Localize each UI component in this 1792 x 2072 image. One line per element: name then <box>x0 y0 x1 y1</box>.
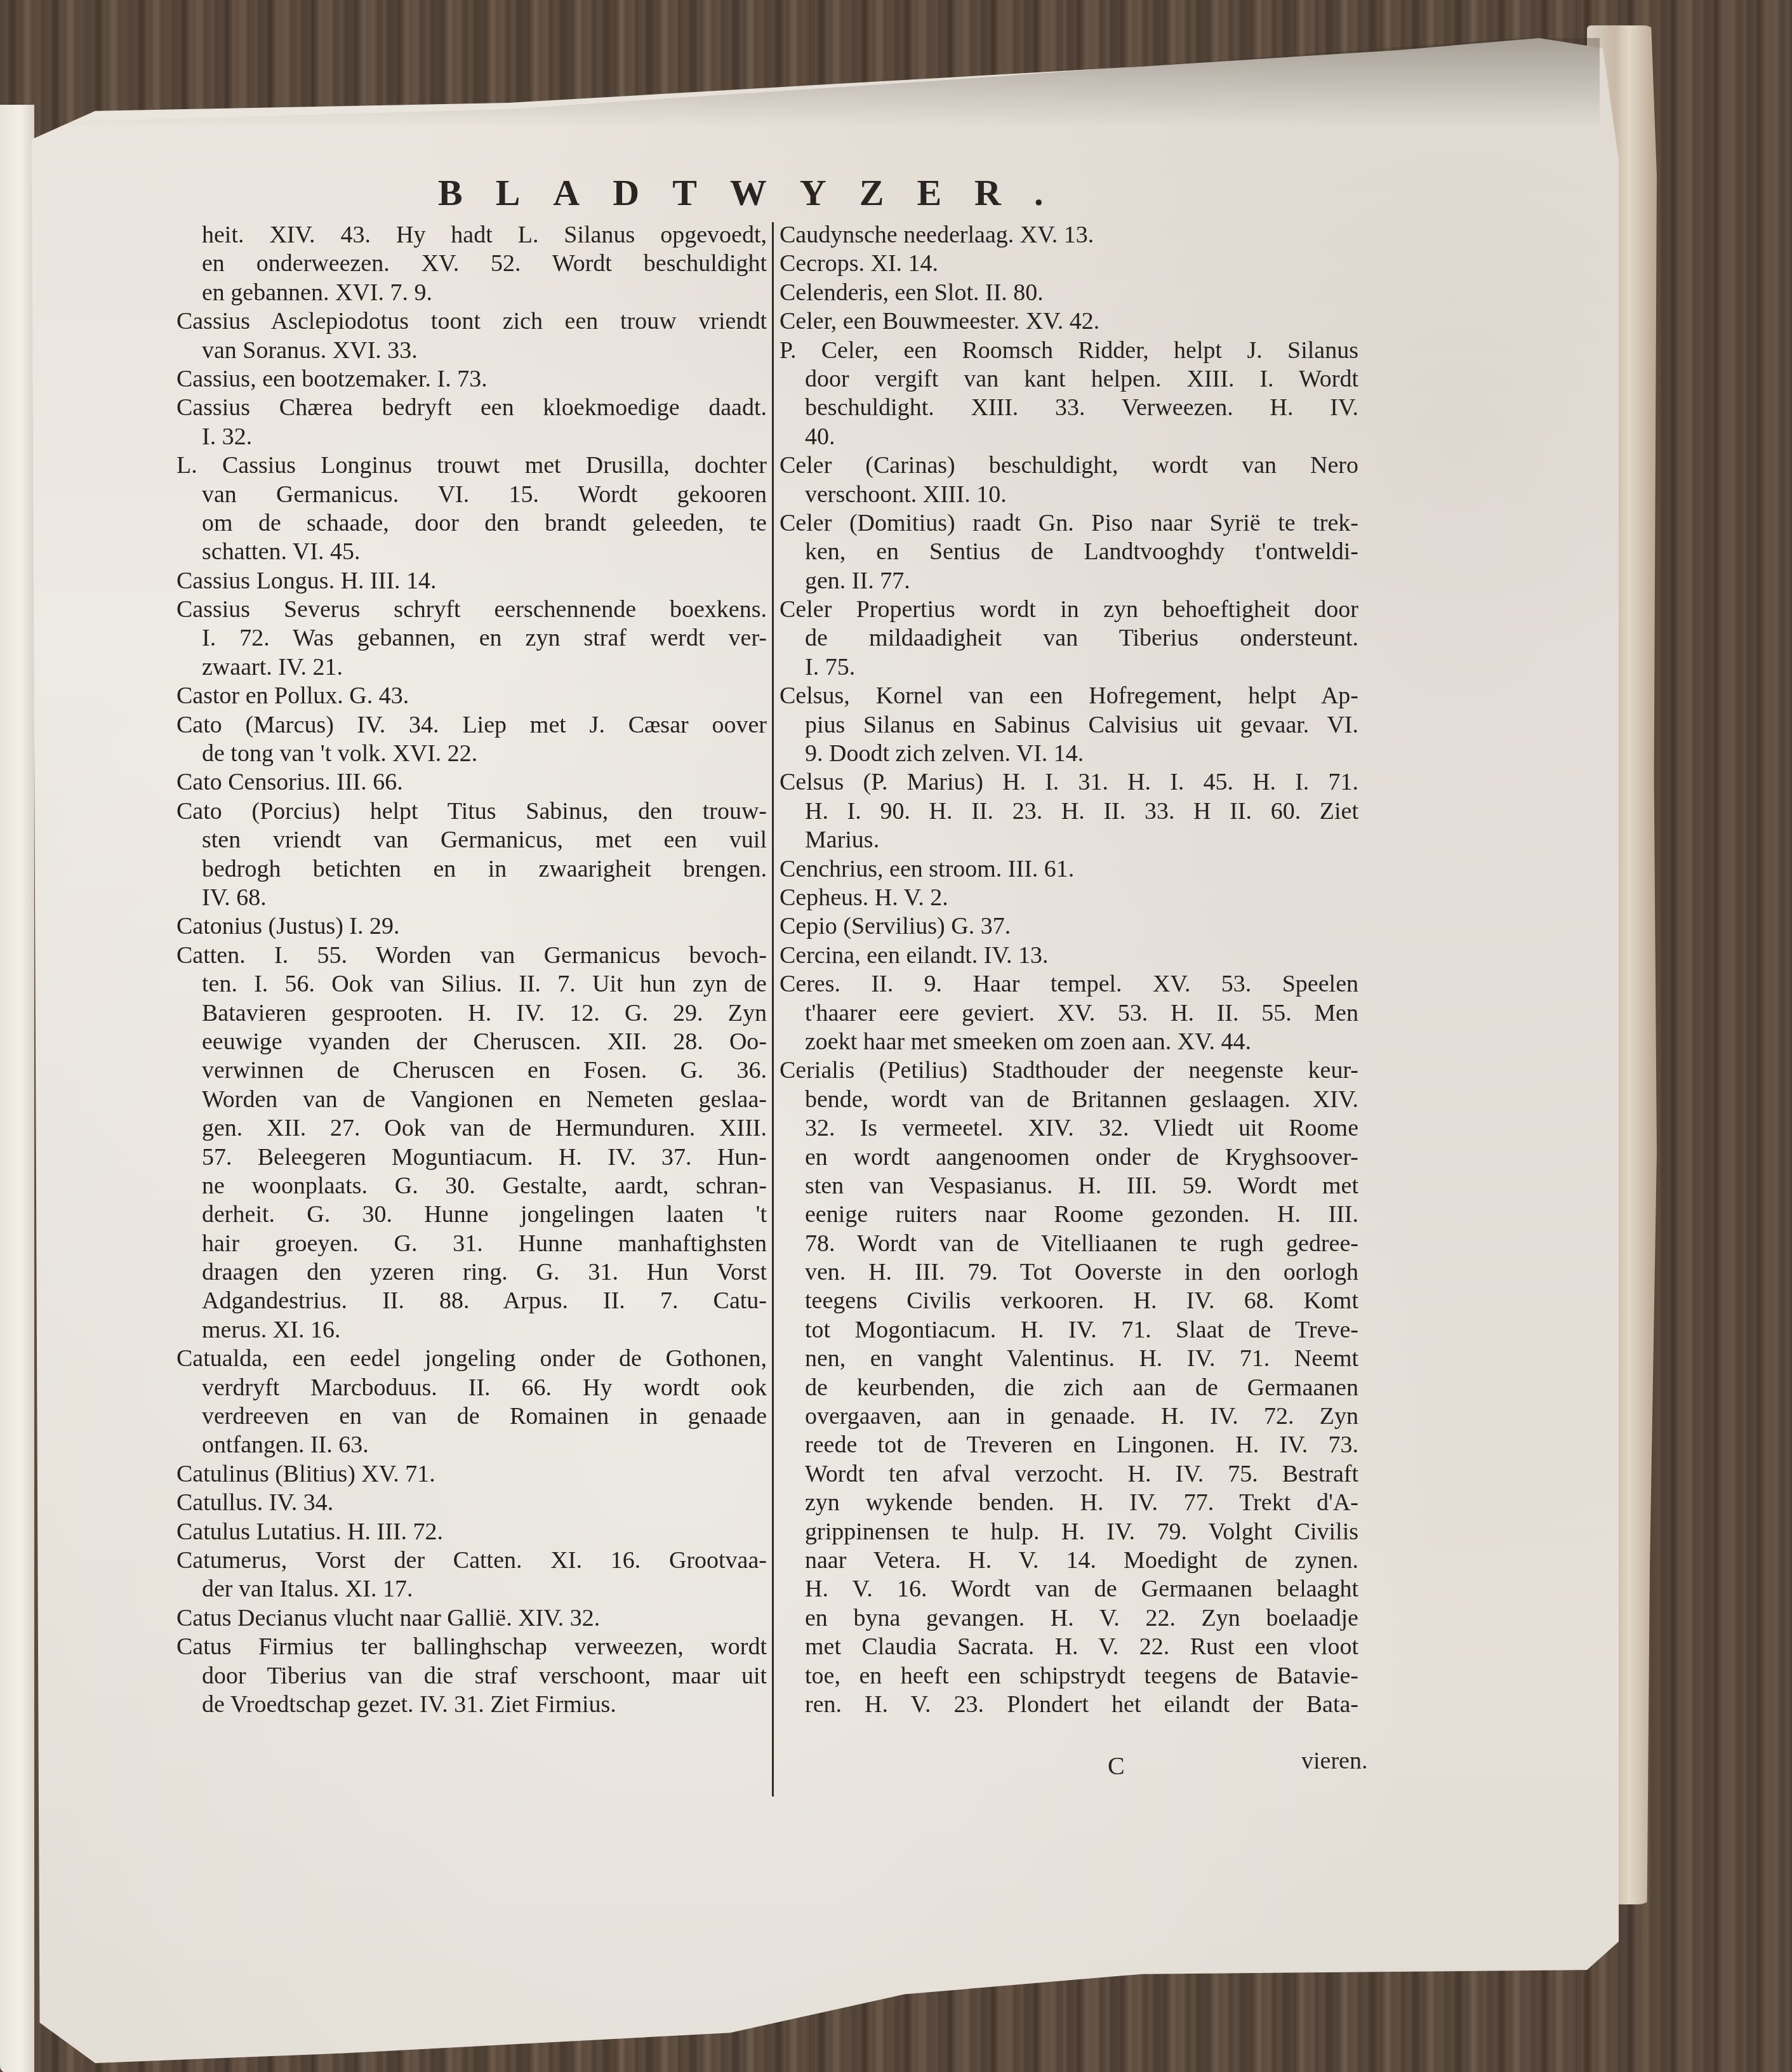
index-line: Catten. I. 55. Worden van Germanicus bev… <box>176 941 767 970</box>
index-line: H. I. 90. H. II. 23. H. II. 33. H II. 60… <box>780 797 1358 826</box>
column-divider <box>772 222 774 1796</box>
index-line: Wordt ten afval verzocht. H. IV. 75. Bes… <box>780 1460 1358 1489</box>
index-line: Catulinus (Blitius) XV. 71. <box>176 1460 767 1489</box>
index-line: Worden van de Vangionen en Nemeten gesla… <box>176 1086 767 1114</box>
index-line: van Germanicus. VI. 15. Wordt gekooren <box>176 481 767 509</box>
index-line: en gebannen. XVI. 7. 9. <box>176 279 767 307</box>
index-line: Cerialis (Petilius) Stadthouder der neeg… <box>780 1056 1358 1085</box>
index-line: bedrogh betichten en in zwaarigheit bren… <box>176 855 767 884</box>
index-line: t'haarer eere geviert. XV. 53. H. II. 55… <box>780 999 1358 1028</box>
index-line: Celsus (P. Marius) H. I. 31. H. I. 45. H… <box>780 768 1358 797</box>
index-column-left: heit. XIV. 43. Hy hadt L. Silanus opgevo… <box>176 221 767 1719</box>
index-line: schatten. VI. 45. <box>176 538 767 566</box>
index-line: zwaart. IV. 21. <box>176 653 767 682</box>
index-line: sten vriendt van Germanicus, met een vui… <box>176 826 767 854</box>
index-line: eenige ruiters naar Roome gezonden. H. I… <box>780 1200 1358 1229</box>
index-line: Celenderis, een Slot. II. 80. <box>780 279 1358 307</box>
index-line: Cassius Asclepiodotus toont zich een tro… <box>176 307 767 336</box>
index-line: eeuwige vyanden der Cheruscen. XII. 28. … <box>176 1028 767 1056</box>
index-line: verwinnen de Cheruscen en Fosen. G. 36. <box>176 1056 767 1085</box>
index-line: de tong van 't volk. XVI. 22. <box>176 740 767 768</box>
index-line: ven. H. III. 79. Tot Ooverste in den oor… <box>780 1258 1358 1287</box>
index-line: verschoont. XIII. 10. <box>780 481 1358 509</box>
index-line: Batavieren gesprooten. H. IV. 12. G. 29.… <box>176 999 767 1028</box>
index-line: Celer Propertius wordt in zyn behoeftigh… <box>780 595 1358 624</box>
index-line: zyn wykende benden. H. IV. 77. Trekt d'A… <box>780 1489 1358 1517</box>
index-line: der van Italus. XI. 17. <box>176 1575 767 1604</box>
index-line: gen. II. 77. <box>780 567 1358 595</box>
index-line: hair groeyen. G. 31. Hunne manhaftighste… <box>176 1230 767 1258</box>
index-line: teegens Civilis verkooren. H. IV. 68. Ko… <box>780 1287 1358 1315</box>
index-line: 9. Doodt zich zelven. VI. 14. <box>780 740 1358 768</box>
index-line: Cepheus. H. V. 2. <box>780 884 1358 912</box>
index-line: nen, en vanght Valentinus. H. IV. 71. Ne… <box>780 1345 1358 1373</box>
index-line: Cato (Marcus) IV. 34. Liep met J. Cæsar … <box>176 711 767 740</box>
index-line: draagen den yzeren ring. G. 31. Hun Vors… <box>176 1258 767 1287</box>
index-line: Celer (Domitius) raadt Gn. Piso naar Syr… <box>780 509 1358 538</box>
index-line: grippinensen te hulp. H. IV. 79. Volght … <box>780 1518 1358 1546</box>
index-line: IV. 68. <box>176 884 767 912</box>
index-line: I. 32. <box>176 423 767 451</box>
index-line: Catualda, een eedel jongeling onder de G… <box>176 1345 767 1373</box>
index-line: en byna gevangen. H. V. 22. Zyn boelaadj… <box>780 1604 1358 1633</box>
index-line: Catus Firmius ter ballinghschap verweeze… <box>176 1633 767 1661</box>
index-line: 78. Wordt van de Vitelliaanen te rugh ge… <box>780 1230 1358 1258</box>
index-line: overgaaven, aan in genaade. H. IV. 72. Z… <box>780 1402 1358 1431</box>
index-line: Cato (Porcius) helpt Titus Sabinus, den … <box>176 797 767 826</box>
index-line: toe, en heeft een schipstrydt teegens de… <box>780 1662 1358 1690</box>
index-line: derheit. G. 30. Hunne jongelingen laaten… <box>176 1200 767 1229</box>
index-line: ren. H. V. 23. Plondert het eilandt der … <box>780 1690 1358 1719</box>
index-line: heit. XIV. 43. Hy hadt L. Silanus opgevo… <box>176 221 767 249</box>
running-title: BLADTWYZER. <box>438 171 1105 214</box>
index-line: Ceres. II. 9. Haar tempel. XV. 53. Speel… <box>780 970 1358 999</box>
catchword: vieren. <box>1301 1747 1367 1775</box>
index-line: Adgandestrius. II. 88. Arpus. II. 7. Cat… <box>176 1287 767 1315</box>
index-line: Celer, een Bouwmeester. XV. 42. <box>780 307 1358 336</box>
index-line: 57. Beleegeren Moguntiacum. H. IV. 37. H… <box>176 1143 767 1172</box>
index-line: merus. XI. 16. <box>176 1316 767 1345</box>
adjacent-page-edge <box>0 105 34 2072</box>
index-line: gen. XII. 27. Ook van de Hermunduren. XI… <box>176 1114 767 1143</box>
index-line: pius Silanus en Sabinus Calvisius uit ge… <box>780 711 1358 740</box>
index-line: Cassius, een bootzemaker. I. 73. <box>176 365 767 394</box>
index-column-right: Caudynsche neederlaag. XV. 13.Cecrops. X… <box>780 221 1358 1719</box>
index-line: sten van Vespasianus. H. III. 59. Wordt … <box>780 1172 1358 1200</box>
index-line: om de schaade, door den brandt geleeden,… <box>176 509 767 538</box>
index-line: I. 75. <box>780 653 1358 682</box>
index-line: Cepio (Servilius) G. 37. <box>780 912 1358 941</box>
index-line: Catonius (Justus) I. 29. <box>176 912 767 941</box>
index-line: verdreeven en van de Romainen in genaade <box>176 1402 767 1431</box>
index-line: beschuldight. XIII. 33. Verweezen. H. IV… <box>780 394 1358 422</box>
index-line: Catulus Lutatius. H. III. 72. <box>176 1518 767 1546</box>
index-line: Cassius Chærea bedryft een kloekmoedige … <box>176 394 767 422</box>
index-line: en wordt aangenoomen onder de Kryghsoove… <box>780 1143 1358 1172</box>
index-line: ten. I. 56. Ook van Silius. II. 7. Uit h… <box>176 970 767 999</box>
index-line: Caudynsche neederlaag. XV. 13. <box>780 221 1358 249</box>
index-line: Celsus, Kornel van een Hofregement, help… <box>780 682 1358 710</box>
index-line: door vergift van kant helpen. XIII. I. W… <box>780 365 1358 394</box>
index-line: tot Mogontiacum. H. IV. 71. Slaat de Tre… <box>780 1316 1358 1345</box>
index-line: met Claudia Sacrata. H. V. 22. Rust een … <box>780 1633 1358 1661</box>
index-line: Marius. <box>780 826 1358 854</box>
index-line: door Tiberius van die straf verschoont, … <box>176 1662 767 1690</box>
index-line: de Vroedtschap gezet. IV. 31. Ziet Firmi… <box>176 1690 767 1719</box>
index-line: Cercina, een eilandt. IV. 13. <box>780 941 1358 970</box>
signature-mark: C <box>1108 1751 1125 1781</box>
index-line: Celer (Carinas) beschuldight, wordt van … <box>780 451 1358 480</box>
index-line: Cecrops. XI. 14. <box>780 249 1358 278</box>
index-line: Cato Censorius. III. 66. <box>176 768 767 797</box>
index-line: Catumerus, Vorst der Catten. XI. 16. Gro… <box>176 1546 767 1575</box>
index-line: zoekt haar met smeeken om zoen aan. XV. … <box>780 1028 1358 1056</box>
index-line: Catus Decianus vlucht naar Gallië. XIV. … <box>176 1604 767 1633</box>
index-line: P. Celer, een Roomsch Ridder, helpt J. S… <box>780 336 1358 365</box>
index-line: 32. Is vermeetel. XIV. 32. Vliedt uit Ro… <box>780 1114 1358 1143</box>
index-line: 40. <box>780 423 1358 451</box>
index-line: van Soranus. XVI. 33. <box>176 336 767 365</box>
index-line: en onderweezen. XV. 52. Wordt beschuldig… <box>176 249 767 278</box>
index-line: de keurbenden, die zich aan de Germaanen <box>780 1374 1358 1402</box>
index-line: Cassius Longus. H. III. 14. <box>176 567 767 595</box>
index-line: reede tot de Treveren en Lingonen. H. IV… <box>780 1431 1358 1459</box>
index-line: verdryft Marcboduus. II. 66. Hy wordt oo… <box>176 1374 767 1402</box>
index-line: de mildaadigheit van Tiberius ondersteun… <box>780 624 1358 653</box>
index-line: bende, wordt van de Britannen geslaagen.… <box>780 1086 1358 1114</box>
index-line: ne woonplaats. G. 30. Gestalte, aardt, s… <box>176 1172 767 1200</box>
index-line: Castor en Pollux. G. 43. <box>176 682 767 710</box>
index-line: H. V. 16. Wordt van de Germaanen belaagh… <box>780 1575 1358 1604</box>
index-line: L. Cassius Longinus trouwt met Drusilla,… <box>176 451 767 480</box>
index-line: ontfangen. II. 63. <box>176 1431 767 1459</box>
index-line: Cassius Severus schryft eerschennende bo… <box>176 595 767 624</box>
index-line: I. 72. Was gebannen, en zyn straf werdt … <box>176 624 767 653</box>
index-line: naar Vetera. H. V. 14. Moedight de zynen… <box>780 1546 1358 1575</box>
index-line: Cenchrius, een stroom. III. 61. <box>780 855 1358 884</box>
index-line: ken, en Sentius de Landtvooghdy t'ontwel… <box>780 538 1358 566</box>
index-line: Catullus. IV. 34. <box>176 1489 767 1517</box>
